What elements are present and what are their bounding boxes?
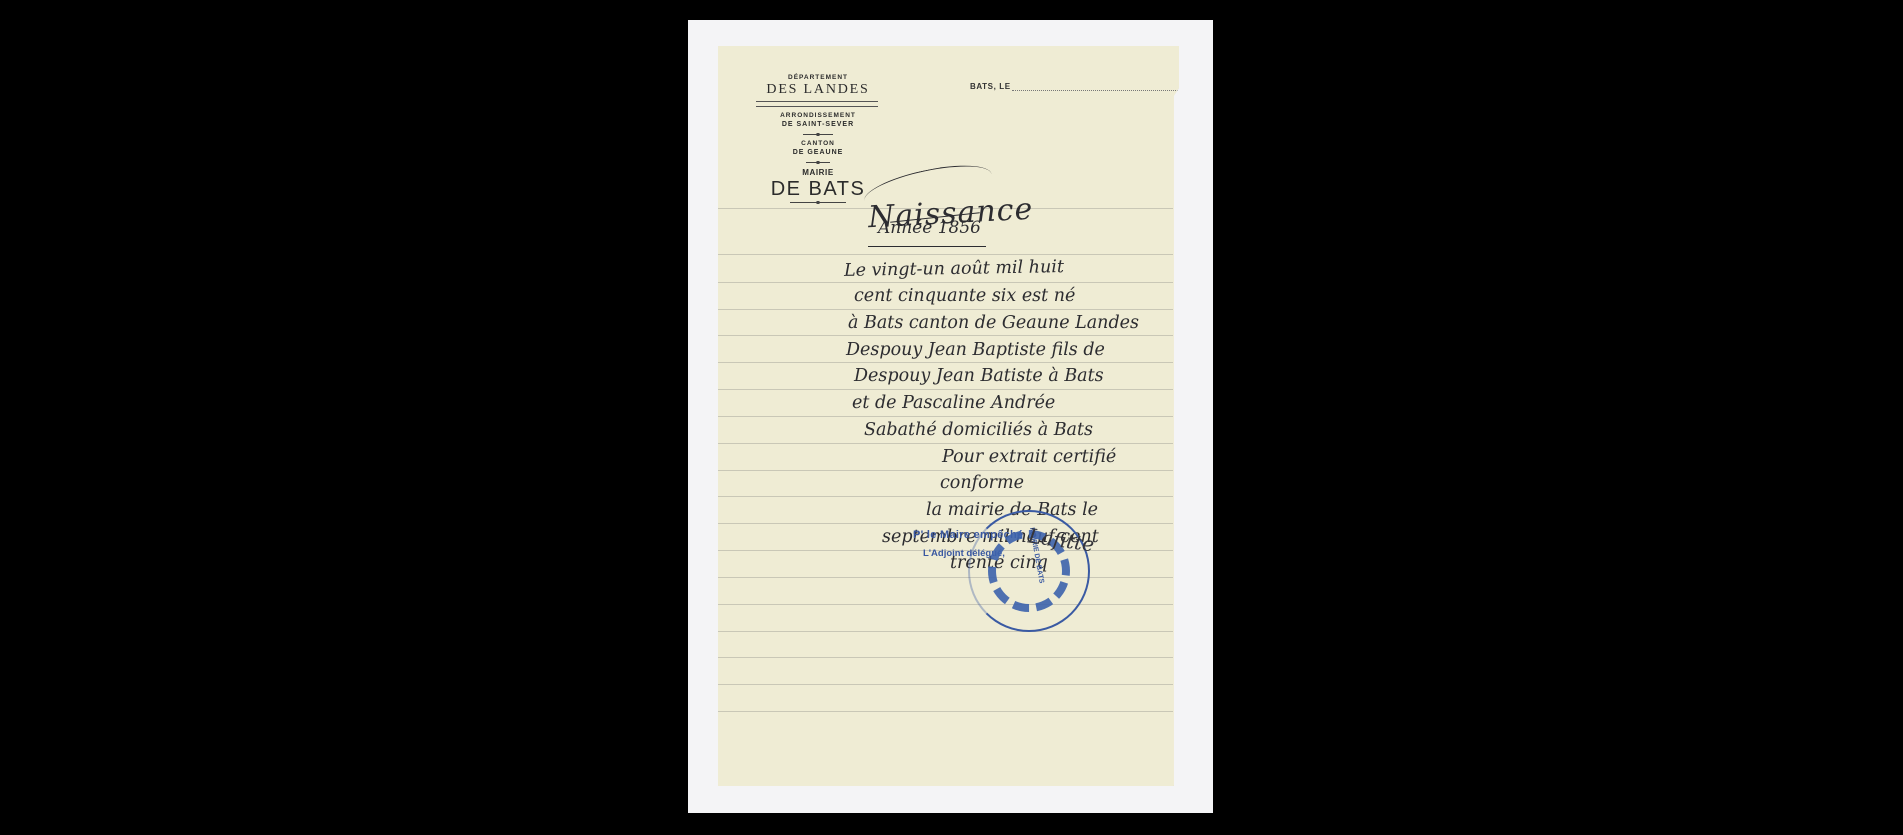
ruled-line	[718, 684, 1173, 685]
ruled-line	[718, 657, 1173, 658]
ruled-line	[718, 389, 1173, 390]
body-line: et de Pascaline Andrée	[852, 393, 1055, 413]
body-line: Despouy Jean Baptiste fils de	[846, 340, 1105, 360]
letterhead-double-rule	[756, 101, 878, 107]
ruled-line	[718, 443, 1173, 444]
ruled-line	[718, 496, 1173, 497]
body-line: conforme	[940, 473, 1024, 493]
letterhead-ornament	[790, 202, 846, 203]
ruled-line	[718, 711, 1173, 712]
letterhead-ornament	[806, 162, 830, 163]
letterhead-arrondissement-name: DE SAINT-SEVER	[738, 121, 898, 128]
body-line: cent cinquante six est né	[854, 286, 1075, 306]
letterhead-canton-label: CANTON	[738, 140, 898, 147]
date-label: BATS, LE	[970, 82, 1011, 91]
letterhead-mairie-label: MAIRIE	[738, 168, 898, 177]
letterhead-ornament	[803, 134, 833, 135]
letterhead-canton-name: DE GEAUNE	[738, 149, 898, 156]
handwritten-year: Année 1856	[878, 218, 981, 238]
ruled-line	[718, 309, 1173, 310]
date-dotted-line	[1012, 90, 1179, 91]
ruled-line	[718, 416, 1173, 417]
body-line: Sabathé domiciliés à Bats	[864, 420, 1093, 440]
body-line: Pour extrait certifié	[942, 447, 1116, 467]
document-page: DÉPARTEMENT DES LANDES ARRONDISSEMENT DE…	[718, 46, 1179, 786]
ruled-line	[718, 604, 1173, 605]
body-line: Despouy Jean Batiste à Bats	[854, 366, 1104, 386]
body-line: Le vingt-un août mil huit	[844, 257, 1064, 281]
ruled-line	[718, 335, 1173, 336]
letterhead-departement-label: DÉPARTEMENT	[738, 74, 898, 81]
year-underline	[868, 246, 986, 247]
ruled-line	[718, 362, 1173, 363]
ruled-line	[718, 523, 1173, 524]
ruled-line	[718, 254, 1173, 255]
letterhead-arrondissement-label: ARRONDISSEMENT	[738, 112, 898, 119]
ruled-line	[718, 282, 1173, 283]
ruled-line	[718, 577, 1173, 578]
ruled-line	[718, 631, 1173, 632]
ruled-line	[718, 470, 1173, 471]
body-line: à Bats canton de Geaune Landes	[848, 313, 1139, 333]
letterhead-departement-name: DES LANDES	[738, 82, 898, 98]
